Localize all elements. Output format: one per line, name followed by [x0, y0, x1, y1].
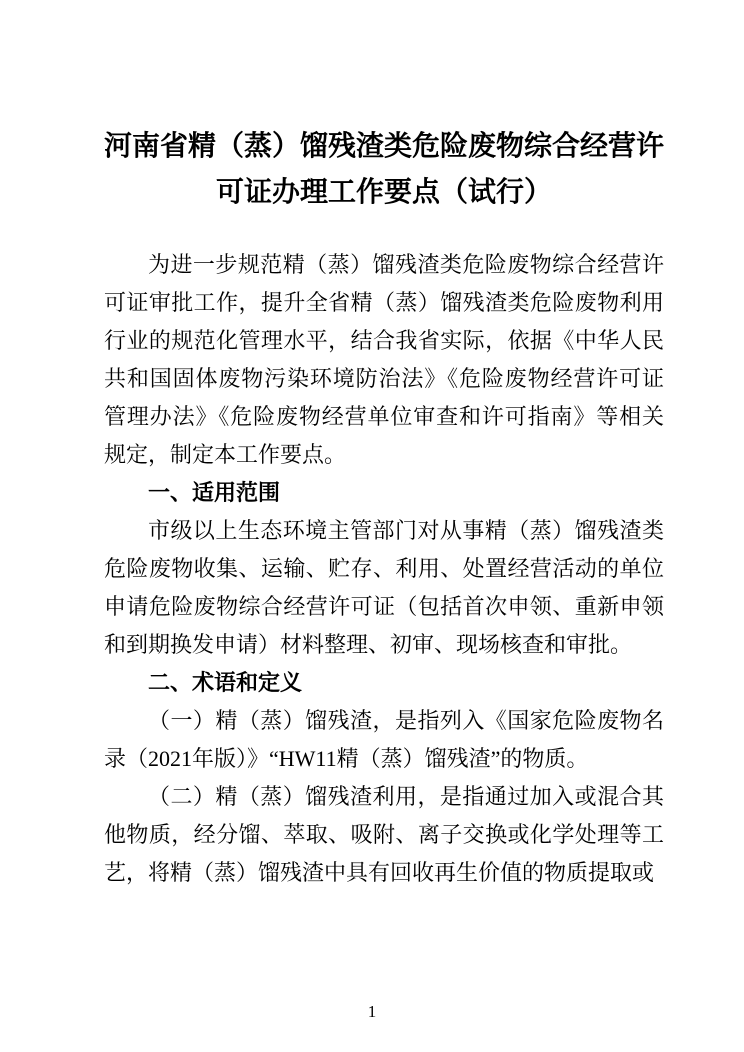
document-content: 河南省精（蒸）馏残渣类危险废物综合经营许 可证办理工作要点（试行） 为进一步规范… [104, 0, 664, 892]
title-line-2: 可证办理工作要点（试行） [104, 170, 664, 216]
definition-1-paragraph: （一）精（蒸）馏残渣，是指列入《国家危险废物名录（2021年版）》“HW11精（… [104, 702, 664, 778]
document-body: 为进一步规范精（蒸）馏残渣类危险废物综合经营许可证审批工作，提升全省精（蒸）馏残… [104, 246, 664, 892]
title-line-1: 河南省精（蒸）馏残渣类危险废物综合经营许 [104, 124, 664, 170]
section-heading-scope: 一、适用范围 [104, 474, 664, 512]
document-page: 河南省精（蒸）馏残渣类危险废物综合经营许 可证办理工作要点（试行） 为进一步规范… [0, 0, 744, 1052]
section-heading-definitions: 二、术语和定义 [104, 664, 664, 702]
page-number: 1 [0, 1002, 744, 1022]
document-title: 河南省精（蒸）馏残渣类危险废物综合经营许 可证办理工作要点（试行） [104, 124, 664, 216]
scope-paragraph: 市级以上生态环境主管部门对从事精（蒸）馏残渣类危险废物收集、运输、贮存、利用、处… [104, 512, 664, 664]
definition-2-paragraph: （二）精（蒸）馏残渣利用，是指通过加入或混合其他物质，经分馏、萃取、吸附、离子交… [104, 778, 664, 892]
intro-paragraph: 为进一步规范精（蒸）馏残渣类危险废物综合经营许可证审批工作，提升全省精（蒸）馏残… [104, 246, 664, 474]
